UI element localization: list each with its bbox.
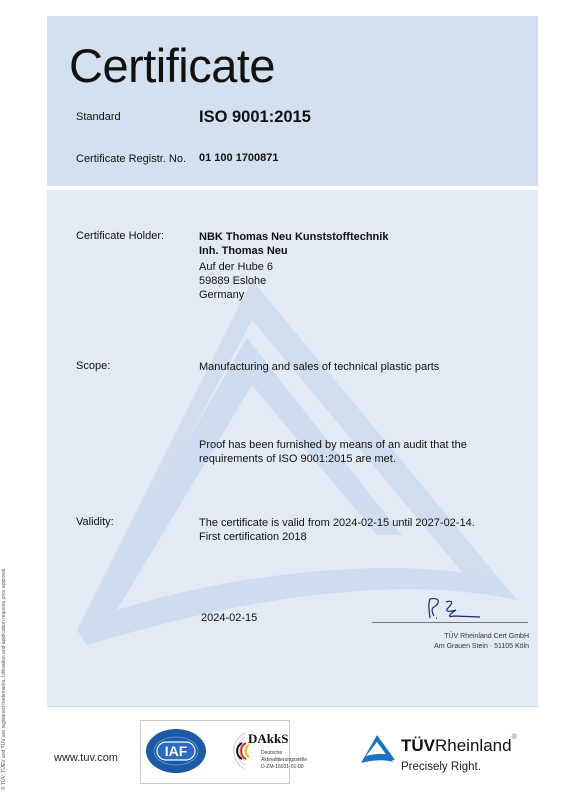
tuv-brand-name: TÜVRheinland®	[401, 736, 517, 756]
scope-label: Scope:	[76, 360, 110, 372]
validity-label: Validity:	[76, 516, 114, 528]
registration-label: Certificate Registr. No.	[76, 153, 186, 165]
brand-slogan: Precisely Right.	[401, 761, 481, 773]
registered-mark: ®	[512, 734, 517, 741]
trademark-note: © TÜV, TÜEV and TÜV are registered trade…	[1, 568, 7, 791]
issuer-address: Am Grauen Stein · 51105 Köln	[434, 642, 529, 652]
website-link[interactable]: www.tuv.com	[54, 752, 118, 764]
iaf-logo-icon: IAF	[145, 728, 207, 774]
standard-label: Standard	[76, 111, 121, 123]
brand-regular: Rheinland	[435, 736, 512, 755]
accreditation-logos: IAF DAkkS Deutsche Akkreditierungsstelle…	[140, 720, 290, 784]
brand-bold: TÜV	[401, 736, 435, 755]
svg-text:IAF: IAF	[165, 743, 188, 759]
signature-icon	[420, 596, 490, 622]
holder-label: Certificate Holder:	[76, 230, 164, 242]
holder-owner: Inh. Thomas Neu	[199, 244, 288, 258]
dakks-accreditation-number: D-ZM-16031-01-00	[261, 764, 307, 771]
proof-line-1: Proof has been furnished by means of an …	[199, 438, 467, 452]
signature-line	[372, 622, 528, 623]
registration-number: 01 100 1700871	[199, 152, 279, 164]
dakks-line-1: Deutsche	[261, 750, 307, 757]
dakks-logo-icon	[215, 729, 249, 773]
holder-name: NBK Thomas Neu Kunststofftechnik	[199, 230, 388, 244]
holder-city: 59889 Eslohe	[199, 274, 266, 288]
first-certification: First certification 2018	[199, 530, 307, 544]
validity-period: The certificate is valid from 2024-02-15…	[199, 516, 475, 530]
certificate-title: Certificate	[69, 38, 275, 93]
issue-date: 2024-02-15	[201, 611, 257, 625]
holder-country: Germany	[199, 288, 244, 302]
proof-line-2: requirements of ISO 9001:2015 are met.	[199, 452, 396, 466]
dakks-line-2: Akkreditierungsstelle	[261, 757, 307, 764]
issuer-name: TÜV Rheinland Cert GmbH	[434, 632, 529, 642]
issuer-block: TÜV Rheinland Cert GmbH Am Grauen Stein …	[434, 632, 529, 652]
standard-value: ISO 9001:2015	[199, 108, 311, 127]
holder-street: Auf der Hube 6	[199, 260, 273, 274]
tuv-triangle-logo-icon	[360, 734, 396, 764]
scope-value: Manufacturing and sales of technical pla…	[199, 360, 439, 374]
dakks-name: DAkkS	[248, 731, 288, 747]
dakks-details: Deutsche Akkreditierungsstelle D-ZM-1603…	[261, 750, 307, 771]
